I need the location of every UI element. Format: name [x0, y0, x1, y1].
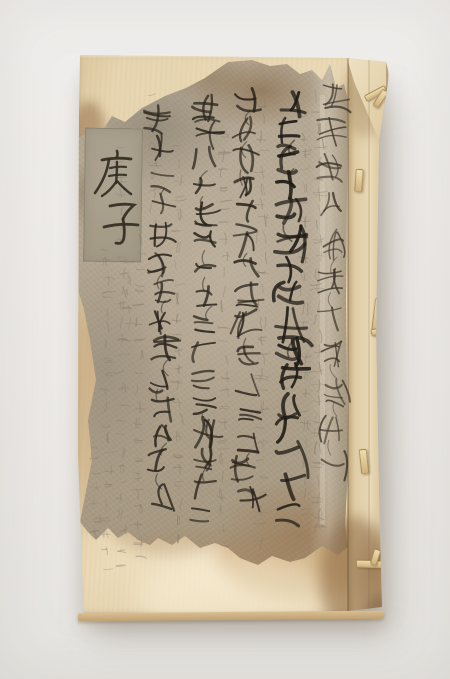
calligraphy-column	[144, 105, 180, 510]
ghost-text-column	[216, 133, 232, 546]
binding-tie	[353, 167, 365, 193]
ghost-text-column	[254, 99, 269, 549]
calligraphy-layer	[76, 55, 389, 617]
ghost-text-column	[89, 447, 101, 538]
binding-tie	[357, 447, 371, 475]
year-label-calligraphy	[95, 151, 138, 243]
binding-tie	[358, 81, 388, 111]
manuscript-book	[76, 55, 389, 617]
ghost-text-column	[115, 146, 129, 567]
ghost-text-column	[133, 234, 147, 558]
calligraphy-column	[274, 92, 312, 526]
ghost-text-column	[100, 249, 115, 570]
photo-background: 庚子	[0, 0, 450, 679]
ghost-text-column	[299, 115, 313, 514]
calligraphy-column	[231, 88, 266, 511]
ghost-text-column	[171, 146, 186, 543]
